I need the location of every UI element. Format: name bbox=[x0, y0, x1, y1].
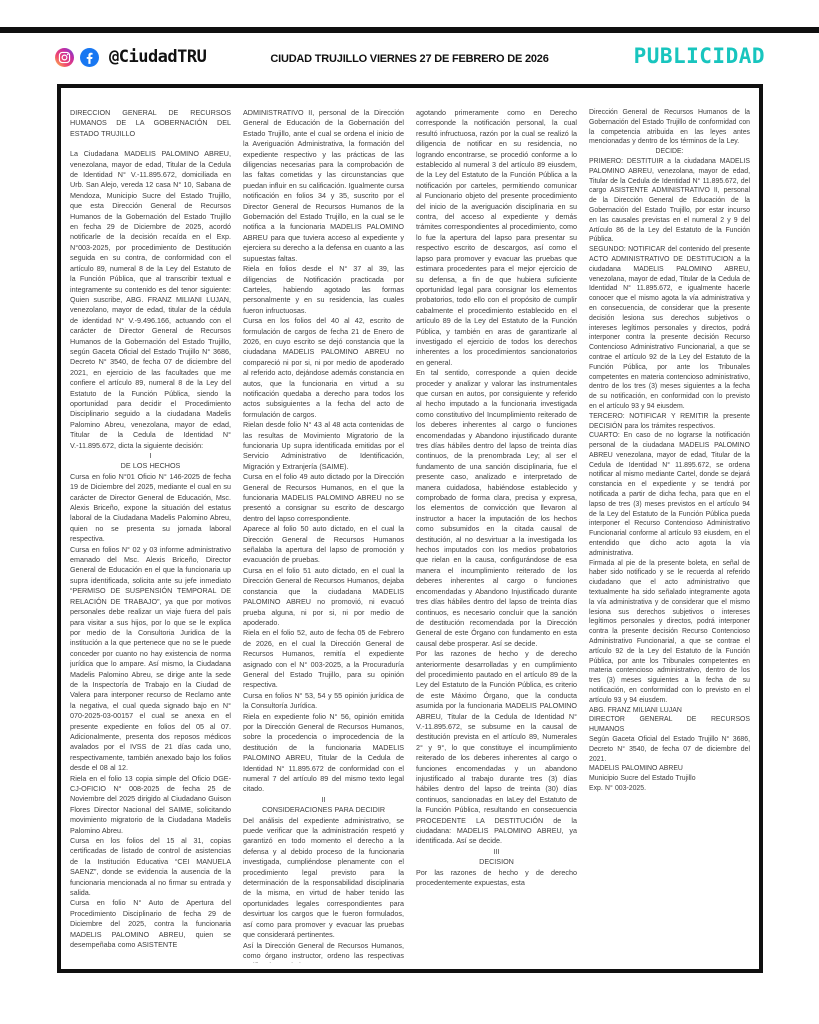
notice-paragraph: Municipio Sucre del Estado Trujillo bbox=[589, 774, 750, 784]
notice-paragraph: TERCERO: NOTIFICAR Y REMITIR la presente… bbox=[589, 412, 750, 432]
notice-paragraph: I bbox=[70, 451, 231, 461]
legal-notice-box: DIRECCION GENERAL DE RECURSOS HUMANOS DE… bbox=[57, 84, 763, 973]
notice-paragraph: Riela en folios desde el N° 37 al 39, la… bbox=[243, 264, 404, 316]
notice-paragraph: DECIDE: bbox=[589, 147, 750, 157]
notice-paragraph: DIRECCION GENERAL DE RECURSOS HUMANOS DE… bbox=[70, 108, 231, 139]
notice-paragraph: Por las razones de hecho y de derecho pr… bbox=[416, 868, 577, 889]
notice-paragraph: ABG. FRANZ MILIANI LUJAN bbox=[589, 706, 750, 716]
notice-paragraph: Riela en el folio 13 copia simple del Of… bbox=[70, 774, 231, 836]
notice-paragraph: Cursa en el folio 49 auto dictado por la… bbox=[243, 472, 404, 524]
notice-paragraph: Aparece al folio 50 auto dictado, en el … bbox=[243, 524, 404, 566]
notice-paragraph: Cursa en folios N° 02 y 03 informe admin… bbox=[70, 545, 231, 774]
notice-paragraph: CUARTO: En caso de no lograrse la notifi… bbox=[589, 431, 750, 558]
notice-paragraph: DECISION bbox=[416, 857, 577, 867]
notice-paragraph: Riela en expediente folio N° 56, opinión… bbox=[243, 712, 404, 795]
notice-paragraph: Según Gaceta Oficial del Estado Trujillo… bbox=[589, 735, 750, 764]
notice-paragraph: ADMINISTRATIVO II, personal de la Direcc… bbox=[243, 108, 404, 264]
notice-paragraph: Dirección General de Recursos Humanos de… bbox=[589, 108, 750, 147]
publicidad-label: PUBLICIDAD bbox=[634, 44, 765, 68]
notice-paragraph: II bbox=[243, 795, 404, 805]
notice-paragraph: MADELIS PALOMINO ABREU bbox=[589, 764, 750, 774]
notice-paragraph: Riela en el folio 52, auto de fecha 05 d… bbox=[243, 628, 404, 690]
notice-paragraph: PRIMERO: DESTITUIR a la ciudadana MADELI… bbox=[589, 157, 750, 245]
notice-paragraph: CONSIDERACIONES PARA DECIDIR bbox=[243, 805, 404, 815]
notice-paragraph: Cursa en folios N° 53, 54 y 55 opinión j… bbox=[243, 691, 404, 712]
notice-columns: DIRECCION GENERAL DE RECURSOS HUMANOS DE… bbox=[70, 108, 750, 963]
notice-paragraph: En tal sentido, corresponde a quien deci… bbox=[416, 368, 577, 649]
notice-column-1: DIRECCION GENERAL DE RECURSOS HUMANOS DE… bbox=[70, 108, 231, 963]
notice-paragraph: agotando primeramente como en Derecho co… bbox=[416, 108, 577, 368]
notice-paragraph: DE LOS HECHOS bbox=[70, 461, 231, 471]
notice-paragraph: Cursa en los folios del 15 al 31, copias… bbox=[70, 836, 231, 898]
notice-paragraph: Cursa en folio N°01 Oficio N° 146-2025 d… bbox=[70, 472, 231, 545]
notice-paragraph: Por las razones de hecho y de derecho an… bbox=[416, 649, 577, 847]
notice-paragraph: Cursa en los folios del 40 al 42, escrit… bbox=[243, 316, 404, 420]
notice-column-4: Dirección General de Recursos Humanos de… bbox=[589, 108, 750, 963]
notice-paragraph: SEGUNDO: NOTIFICAR del contenido del pre… bbox=[589, 245, 750, 412]
notice-paragraph: Del análisis del expediente administrati… bbox=[243, 816, 404, 941]
top-rule bbox=[0, 27, 819, 33]
notice-paragraph: III bbox=[416, 847, 577, 857]
notice-column-2: ADMINISTRATIVO II, personal de la Direcc… bbox=[243, 108, 404, 963]
notice-paragraph: Firmada al pie de la presente boleta, en… bbox=[589, 559, 750, 706]
notice-paragraph: Exp. N° 003-2025. bbox=[589, 784, 750, 794]
notice-paragraph: Cursa en el folio 51 auto dictado, en el… bbox=[243, 566, 404, 628]
notice-paragraph: DIRECTOR GENERAL DE RECURSOS HUMANOS bbox=[589, 715, 750, 735]
notice-paragraph: Rielan desde folio N° 43 al 48 acta cont… bbox=[243, 420, 404, 472]
notice-paragraph: La Ciudadana MADELIS PALOMINO ABREU, ven… bbox=[70, 149, 231, 451]
notice-paragraph: Cursa en folio N° Auto de Apertura del P… bbox=[70, 898, 231, 950]
notice-column-3: agotando primeramente como en Derecho co… bbox=[416, 108, 577, 963]
notice-paragraph: Así la Dirección General de Recursos Hum… bbox=[243, 941, 404, 964]
